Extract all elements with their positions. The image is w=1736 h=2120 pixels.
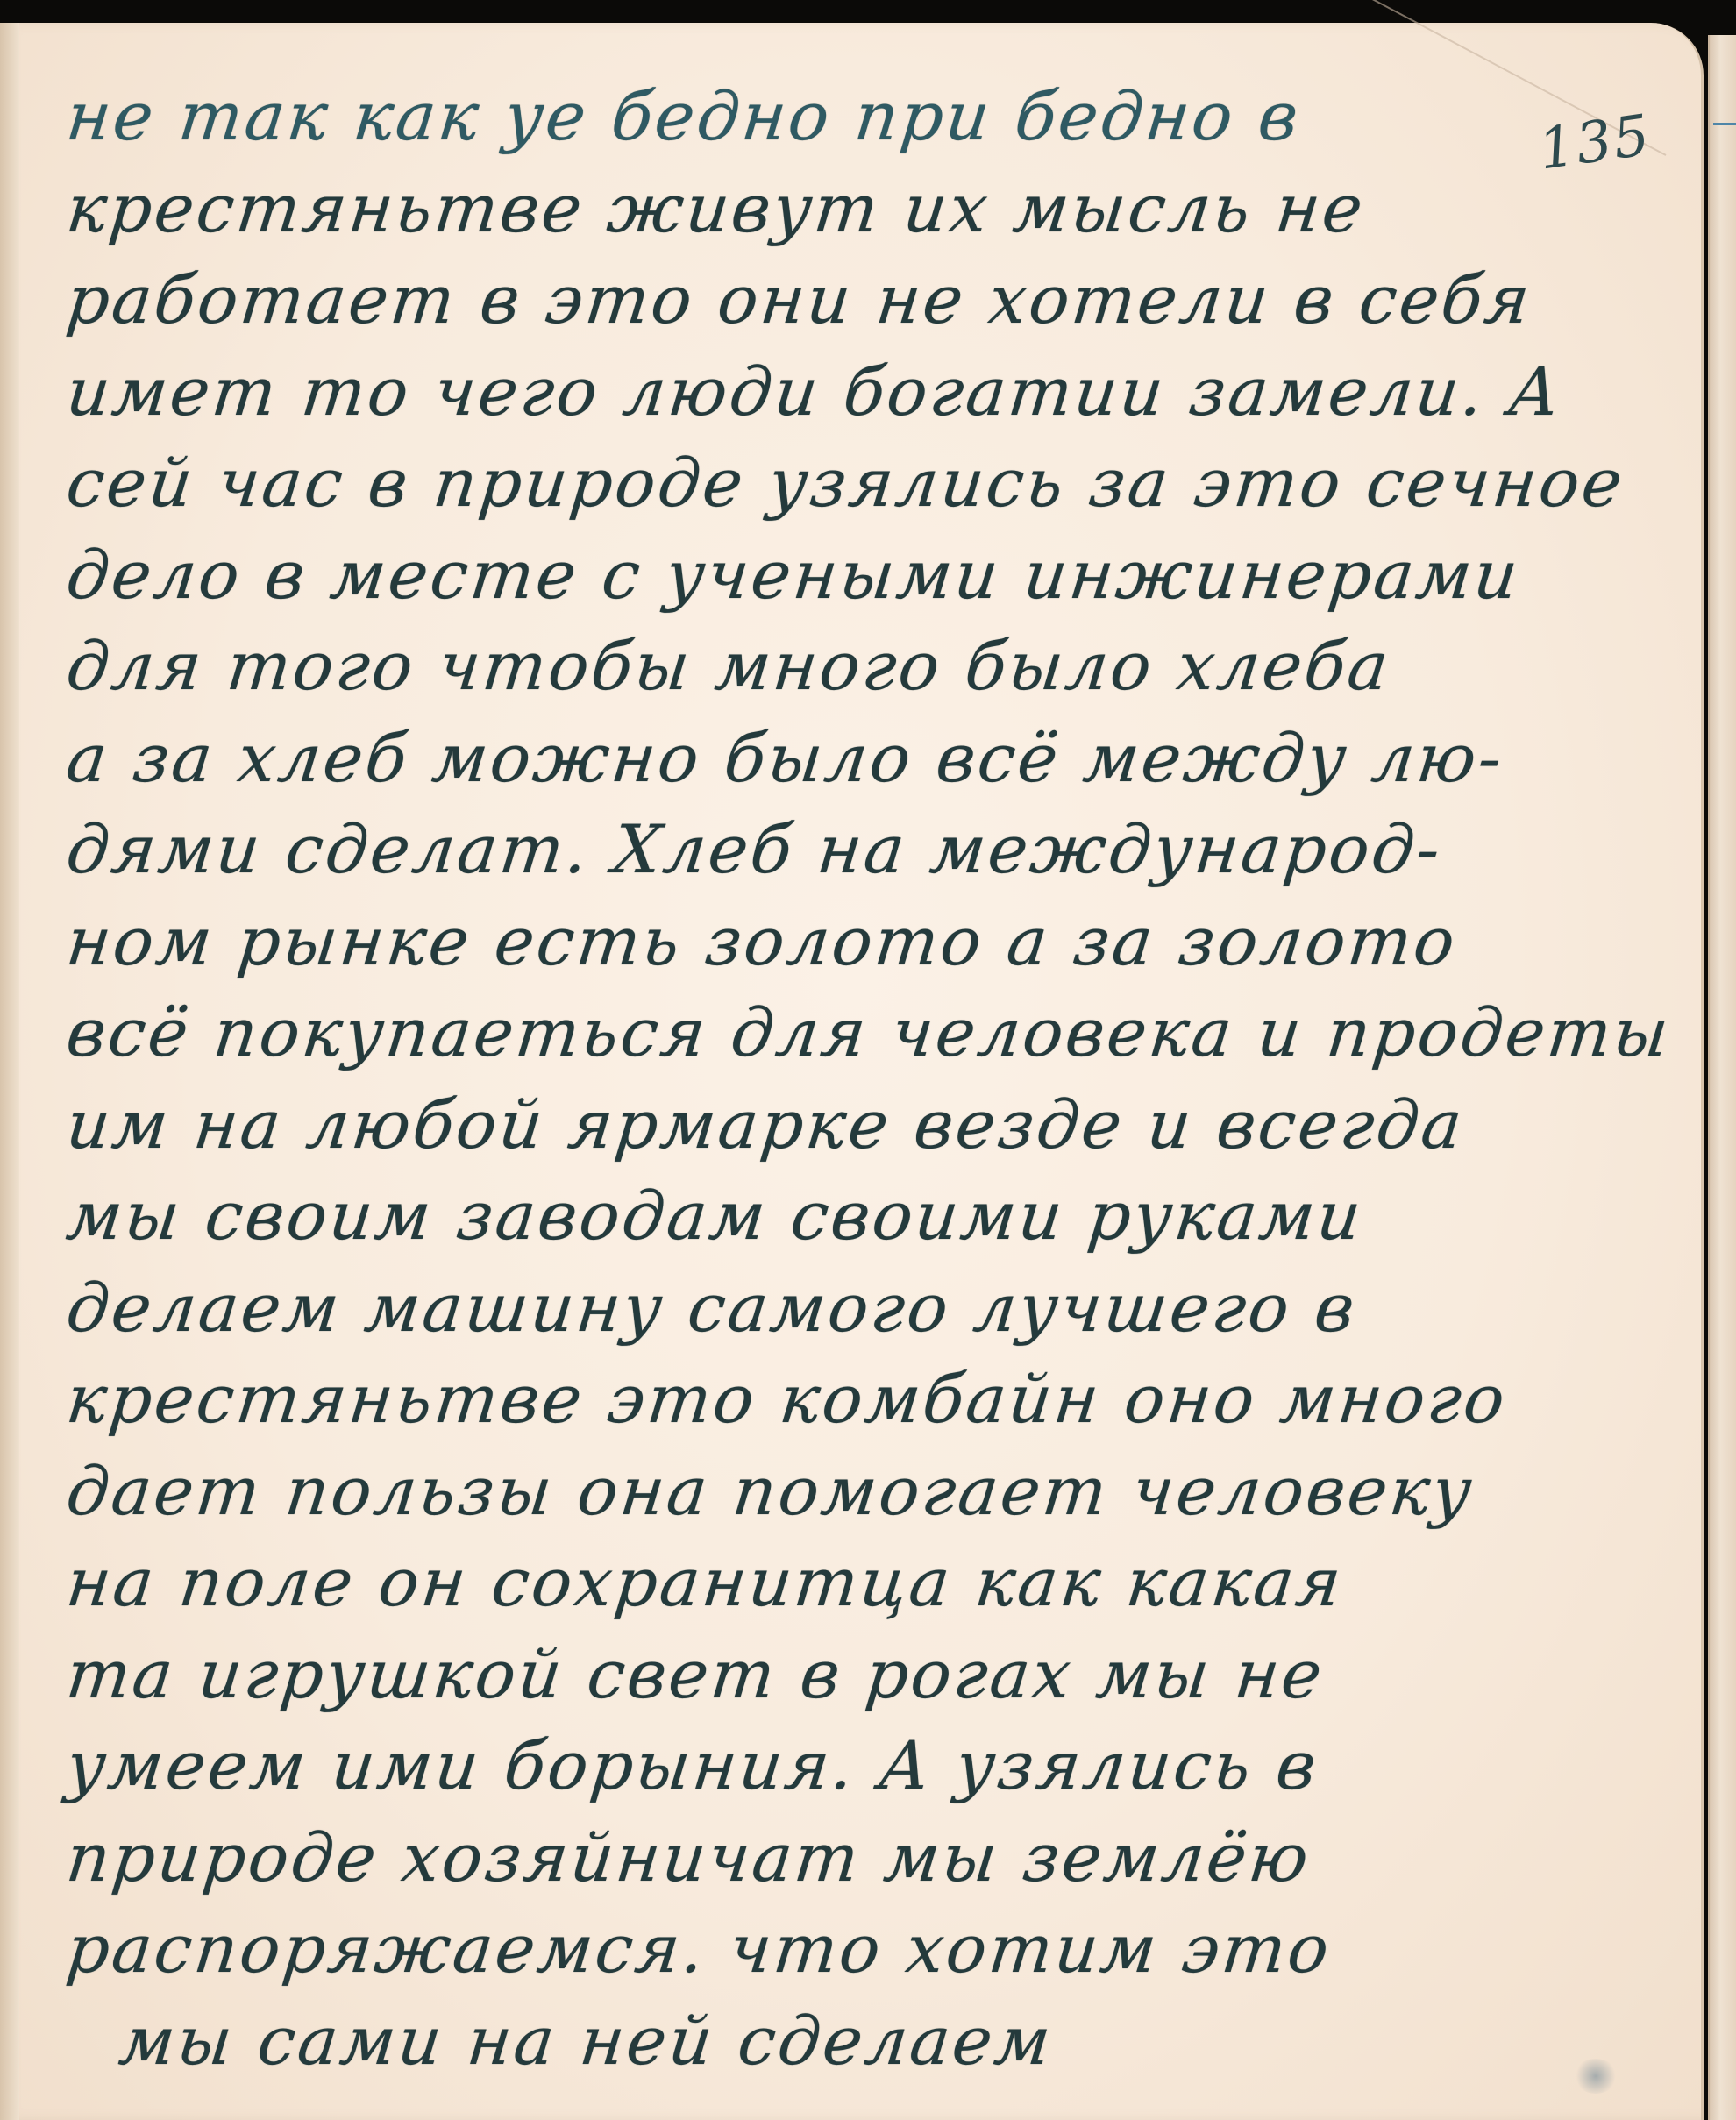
text-line: делаем машину самого лучшего в: [64, 1249, 1547, 1341]
text-line: на поле он сохранитца как какая: [64, 1524, 1547, 1616]
page-number: 135: [1534, 103, 1654, 182]
text-line: дело в месте с учеными инжинерами: [64, 516, 1547, 608]
text-line: не так как уе бедно при бедно в: [64, 58, 1547, 150]
text-line: сей час в природе узялись за это сечное: [64, 424, 1547, 516]
handwritten-text-block: не так как уе бедно при бедно в крестянь…: [68, 58, 1541, 2074]
text-line: дями сделат. Хлеб на международ-: [64, 791, 1547, 883]
text-line: дает пользы она помогает человеку: [64, 1433, 1547, 1525]
text-line: распоряжаемся. что хотим это: [64, 1890, 1547, 1982]
text-line: умеем ими борыния. А узялись в: [64, 1707, 1547, 1799]
text-line: мы сами на ней сделаем: [64, 1982, 1547, 2074]
text-line: имет то чего люди богатии замели. А: [64, 333, 1547, 425]
page-binding-shadow: [0, 23, 19, 2120]
text-line: для того чтобы много было хлеба: [64, 608, 1547, 700]
text-line: работает в это они не хотели в себя: [64, 241, 1547, 333]
adjacent-page-edge: [1708, 35, 1736, 2120]
notebook-page: 135 не так как уе бедно при бедно в крес…: [0, 23, 1704, 2120]
text-line: а за хлеб можно было всё между лю-: [64, 700, 1547, 792]
text-line: крестяньтве это комбайн оно много: [64, 1341, 1547, 1433]
text-line: крестяньтве живут их мысль не: [64, 150, 1547, 242]
ink-mark: [1713, 123, 1736, 125]
text-line: им на любой ярмарке везде и всегда: [64, 1066, 1547, 1158]
ink-blot: [1574, 2059, 1618, 2094]
text-line: та игрушкой свет в рогах мы не: [64, 1616, 1547, 1708]
text-line: природе хозяйничат мы землёю: [64, 1799, 1547, 1891]
text-line: ном рынке есть золото а за золото: [64, 883, 1547, 975]
text-line: мы своим заводам своими руками: [64, 1157, 1547, 1249]
text-line: всё покупаеться для человека и продеты: [64, 974, 1547, 1066]
